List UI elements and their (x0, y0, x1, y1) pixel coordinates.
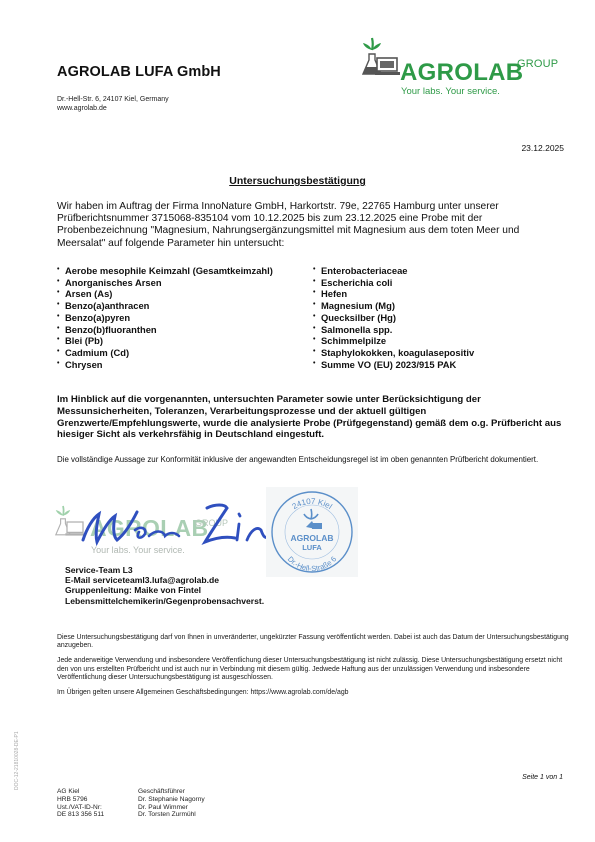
document-title: Untersuchungsbestätigung (0, 175, 595, 187)
stamp-center-line2: LUFA (302, 543, 322, 552)
official-stamp: 24107 Kiel Dr.-Hell-Straße 6 AGROLAB LUF… (266, 487, 358, 577)
logo-wordmark: AGROLAB (400, 59, 523, 87)
footer-manager: Dr. Paul Wimmer (138, 804, 205, 812)
logo-group: GROUP (517, 58, 558, 70)
footer-vat-label: Ust./VAT-ID-Nr: (57, 804, 104, 812)
address-website: www.agrolab.de (57, 105, 169, 114)
intro-paragraph: Wir haben im Auftrag der Firma InnoNatur… (57, 201, 567, 250)
flask-plant-laptop-icon (362, 34, 402, 82)
footer-hrb: HRB 5796 (57, 796, 104, 804)
list-item: Anorganisches Arsen (57, 277, 273, 289)
service-team: Service-Team L3 (65, 565, 264, 575)
svg-text:Dr.-Hell-Straße 6: Dr.-Hell-Straße 6 (286, 555, 338, 574)
document-id: DOC-12-21810028-DE-P1 (14, 731, 20, 790)
stamp-center-line1: AGROLAB (291, 533, 334, 543)
list-item: Benzo(b)fluoranthen (57, 324, 273, 336)
conclusion-paragraph: Im Hinblick auf die vorgenannten, unters… (57, 394, 572, 441)
list-item: Hefen (313, 288, 474, 300)
publication-note: Diese Untersuchungsbestätigung darf von … (57, 634, 572, 651)
stamp-bottom-text: Dr.-Hell-Straße 6 (286, 555, 338, 574)
footer-vat-number: DE 813 356 511 (57, 811, 104, 819)
list-item: Blei (Pb) (57, 335, 273, 347)
usage-restriction-note: Jede anderweitige Verwendung und insbeso… (57, 657, 572, 682)
stamp-seal-icon: 24107 Kiel Dr.-Hell-Straße 6 AGROLAB LUF… (266, 487, 358, 577)
page-number: Seite 1 von 1 (522, 774, 563, 781)
footer-management: Geschäftsführer Dr. Stephanie Nagorny Dr… (138, 788, 205, 819)
group-lead: Gruppenleitung: Maike von Fintel (65, 585, 264, 595)
list-item: Summe VO (EU) 2023/915 PAK (313, 359, 474, 371)
contact-email: E-Mail serviceteaml3.lufa@agrolab.de (65, 575, 264, 585)
list-item: Aerobe mesophile Keimzahl (Gesamtkeimzah… (57, 265, 273, 277)
svg-text:24107 Kiel: 24107 Kiel (291, 497, 334, 511)
document-date: 23.12.2025 (521, 143, 564, 153)
list-item: Benzo(a)pyren (57, 312, 273, 324)
company-address: Dr.-Hell-Str. 6, 24107 Kiel, Germany www… (57, 96, 169, 113)
logo-tagline: Your labs. Your service. (401, 86, 500, 97)
signer-role: Lebensmittelchemikerin/Gegenprobensachve… (65, 596, 264, 606)
conformity-note: Die vollständige Aussage zur Konformität… (57, 455, 572, 465)
list-item: Chrysen (57, 359, 273, 371)
footer-manager: Dr. Torsten Zurmühl (138, 811, 205, 819)
list-item: Arsen (As) (57, 288, 273, 300)
footer-management-label: Geschäftsführer (138, 788, 205, 796)
footer-registration: AG Kiel HRB 5796 Ust./VAT-ID-Nr: DE 813 … (57, 788, 104, 819)
list-item: Enterobacteriaceae (313, 265, 474, 277)
list-item: Magnesium (Mg) (313, 300, 474, 312)
list-item: Staphylokokken, koagulasepositiv (313, 347, 474, 359)
list-item: Schimmelpilze (313, 335, 474, 347)
list-item: Salmonella spp. (313, 324, 474, 336)
list-item: Cadmium (Cd) (57, 347, 273, 359)
list-item: Escherichia coli (313, 277, 474, 289)
address-street: Dr.-Hell-Str. 6, 24107 Kiel, Germany (57, 96, 169, 105)
contact-block: Service-Team L3 E-Mail serviceteaml3.luf… (65, 565, 264, 606)
legal-notes: Diese Untersuchungsbestätigung darf von … (57, 634, 572, 704)
stamp-top-text: 24107 Kiel (291, 497, 334, 511)
terms-note: Im Übrigen gelten unsere Allgemeinen Ges… (57, 689, 572, 697)
footer-court: AG Kiel (57, 788, 104, 796)
parameter-list-column-1: Aerobe mesophile Keimzahl (Gesamtkeimzah… (57, 265, 273, 370)
agrolab-logo: AGROLAB GROUP Your labs. Your service. (362, 34, 567, 104)
company-name: AGROLAB LUFA GmbH (57, 64, 221, 80)
list-item: Benzo(a)anthracen (57, 300, 273, 312)
footer-manager: Dr. Stephanie Nagorny (138, 796, 205, 804)
parameter-list-column-2: Enterobacteriaceae Escherichia coli Hefe… (313, 265, 474, 370)
list-item: Quecksilber (Hg) (313, 312, 474, 324)
